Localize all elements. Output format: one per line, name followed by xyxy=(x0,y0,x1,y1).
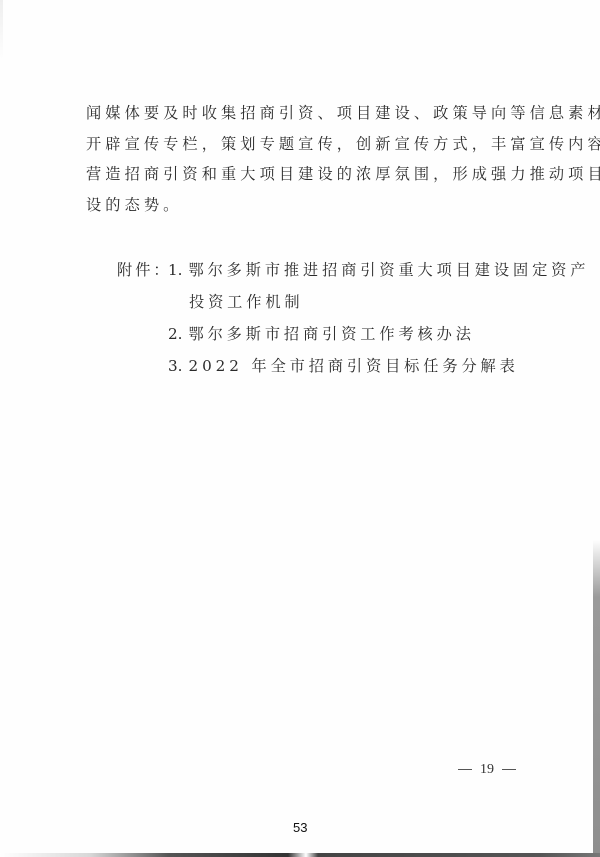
body-line-4: 设的态势。 xyxy=(86,190,546,221)
attachment-item-2: 2.鄂尔多斯市招商引资工作考核办法 xyxy=(117,318,589,350)
attachment-item-1-continued: 投资工作机制 xyxy=(117,286,589,318)
attachment-number: 2. xyxy=(168,318,183,350)
attachment-title: 鄂尔多斯市推进招商引资重大项目建设固定资产 xyxy=(189,261,590,279)
attachment-number: 3. xyxy=(168,350,183,382)
scan-edge-right xyxy=(593,540,600,857)
scan-page-number: 53 xyxy=(293,820,307,835)
scan-edge-left xyxy=(0,0,3,60)
page-number: 19 xyxy=(480,762,494,777)
attachment-item-3: 3.2022 年全市招商引资目标任务分解表 xyxy=(117,350,589,382)
body-line-2: 开辟宣传专栏，策划专题宣传，创新宣传方式，丰富宣传内容， xyxy=(86,129,546,160)
attachment-number: 1. xyxy=(168,254,183,286)
dash-right xyxy=(502,769,516,770)
attachment-title-continued: 投资工作机制 xyxy=(189,293,304,311)
body-line-3: 营造招商引资和重大项目建设的浓厚氛围，形成强力推动项目建 xyxy=(86,159,546,190)
body-paragraph: 闻媒体要及时收集招商引资、项目建设、政策导向等信息素材， 开辟宣传专栏，策划专题… xyxy=(86,98,546,220)
scan-edge-bottom xyxy=(0,853,600,857)
attachments-list: 附件：1.鄂尔多斯市推进招商引资重大项目建设固定资产 投资工作机制 2.鄂尔多斯… xyxy=(117,254,589,382)
document-page: 闻媒体要及时收集招商引资、项目建设、政策导向等信息素材， 开辟宣传专栏，策划专题… xyxy=(0,0,600,857)
attachments-label: 附件： xyxy=(117,254,168,286)
page-number-footer: 19 xyxy=(450,762,524,778)
attachment-title: 鄂尔多斯市招商引资工作考核办法 xyxy=(189,325,475,343)
attachment-title: 2022 年全市招商引资目标任务分解表 xyxy=(189,357,519,375)
body-line-1: 闻媒体要及时收集招商引资、项目建设、政策导向等信息素材， xyxy=(86,98,546,129)
dash-left xyxy=(458,769,472,770)
attachment-item-1: 附件：1.鄂尔多斯市推进招商引资重大项目建设固定资产 xyxy=(117,254,589,286)
